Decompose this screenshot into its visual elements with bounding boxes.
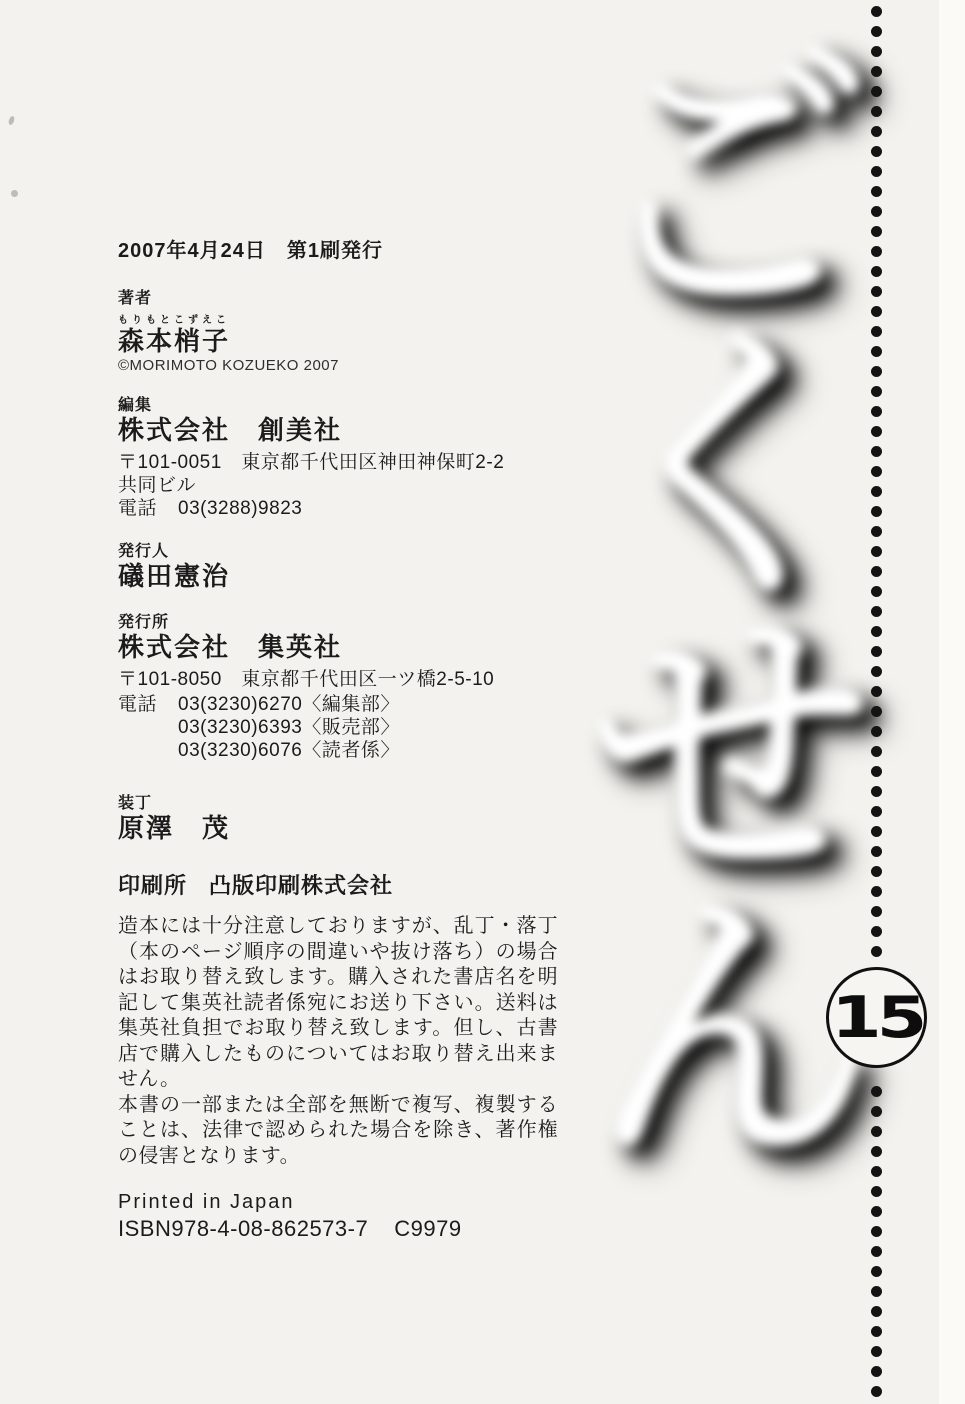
line-dot xyxy=(871,266,882,277)
phone-number: 03(3230)6393〈販売部〉 xyxy=(178,716,400,739)
editor-address: 〒101-0051 東京都千代田区神田神保町2-2 xyxy=(118,451,558,474)
line-dot xyxy=(871,1086,882,1097)
line-dot xyxy=(871,666,882,677)
publisher-address: 〒101-8050 東京都千代田区一ツ橋2-5-10 xyxy=(118,668,558,691)
publisher-phone-row: 03(3230)6076〈読者係〉 xyxy=(118,739,558,762)
line-dot xyxy=(871,106,882,117)
editor-section: 編集 株式会社 創美社 〒101-0051 東京都千代田区神田神保町2-2 共同… xyxy=(118,392,558,520)
publisher-phone-row: 電話 03(3230)6270〈編集部〉 xyxy=(118,693,558,716)
line-dot xyxy=(871,226,882,237)
dotted-line xyxy=(871,0,882,1404)
author-furigana: もりもとこずえこ xyxy=(118,311,558,326)
line-dot xyxy=(871,586,882,597)
line-dot xyxy=(871,926,882,937)
line-dot xyxy=(871,1246,882,1257)
line-dot xyxy=(871,806,882,817)
line-dot xyxy=(871,866,882,877)
phone-number: 03(3230)6270〈編集部〉 xyxy=(178,693,400,716)
line-dot xyxy=(871,366,882,377)
title-calligraphy-highlight: ごくせん xyxy=(540,26,870,1154)
author-name: 森本梢子 xyxy=(118,326,558,356)
line-dot xyxy=(871,826,882,837)
phone-number: 03(3230)6076〈読者係〉 xyxy=(178,739,400,762)
line-dot xyxy=(871,246,882,257)
page-edge xyxy=(939,0,965,1404)
phone-label: 電話 xyxy=(118,693,178,716)
line-dot xyxy=(871,6,882,17)
colophon-page: ごくせん ごくせん ごくせん 15 2007年4月24日 第1刷発行 著者 もり… xyxy=(0,0,965,1404)
line-dot xyxy=(871,706,882,717)
line-dot xyxy=(871,1326,882,1337)
design-label: 装丁 xyxy=(118,790,558,813)
line-dot xyxy=(871,766,882,777)
phone-number: 03(3288)9823 xyxy=(178,497,302,520)
line-dot xyxy=(871,206,882,217)
line-dot xyxy=(871,1366,882,1377)
line-dot xyxy=(871,1146,882,1157)
line-dot xyxy=(871,486,882,497)
publisher-person-name: 礒田憲治 xyxy=(118,561,558,591)
author-section: 著者 もりもとこずえこ 森本梢子 ©MORIMOTO KOZUEKO 2007 xyxy=(118,285,558,374)
title-calligraphy: ごくせん ごくせん ごくせん xyxy=(540,26,885,1276)
line-dot xyxy=(871,886,882,897)
colophon-text-block: 2007年4月24日 第1刷発行 著者 もりもとこずえこ 森本梢子 ©MORIM… xyxy=(118,234,558,1242)
line-dot xyxy=(871,906,882,917)
line-dot xyxy=(871,1286,882,1297)
publisher-person-section: 発行人 礒田憲治 xyxy=(118,538,558,591)
line-dot xyxy=(871,726,882,737)
line-dot xyxy=(871,566,882,577)
line-dot xyxy=(871,506,882,517)
line-dot xyxy=(871,1206,882,1217)
line-dot xyxy=(871,846,882,857)
c-code: C9979 xyxy=(394,1216,461,1241)
scan-speck xyxy=(8,115,16,125)
line-dot xyxy=(871,1306,882,1317)
line-dot xyxy=(871,446,882,457)
editor-building: 共同ビル xyxy=(118,474,558,497)
scan-speck xyxy=(11,190,18,197)
line-dot xyxy=(871,1226,882,1237)
line-dot xyxy=(871,146,882,157)
editor-phone: 電話 03(3288)9823 xyxy=(118,497,558,520)
line-dot xyxy=(871,746,882,757)
line-dot xyxy=(871,606,882,617)
line-dot xyxy=(871,626,882,637)
line-dot xyxy=(871,686,882,697)
line-dot xyxy=(871,86,882,97)
line-dot xyxy=(871,166,882,177)
line-dot xyxy=(871,26,882,37)
line-dot xyxy=(871,46,882,57)
line-dot xyxy=(871,1266,882,1277)
line-dot xyxy=(871,1126,882,1137)
design-section: 装丁 原澤 茂 xyxy=(118,790,558,843)
publisher-name: 株式会社 集英社 xyxy=(118,632,558,662)
line-dot xyxy=(871,786,882,797)
line-dot xyxy=(871,386,882,397)
publisher-phones: 電話 03(3230)6270〈編集部〉 03(3230)6393〈販売部〉 0… xyxy=(118,693,558,762)
line-dot xyxy=(871,1166,882,1177)
line-dot xyxy=(871,346,882,357)
publisher-section: 発行所 株式会社 集英社 〒101-8050 東京都千代田区一ツ橋2-5-10 … xyxy=(118,609,558,762)
line-dot xyxy=(871,326,882,337)
line-dot xyxy=(871,466,882,477)
editor-name: 株式会社 創美社 xyxy=(118,415,558,445)
replacement-notice: 造本には十分注意しておりますが、乱丁・落丁（本のページ順序の間違いや抜け落ち）の… xyxy=(118,914,558,1093)
publisher-person-label: 発行人 xyxy=(118,538,558,561)
printer-section: 印刷所凸版印刷株式会社 xyxy=(118,869,558,900)
line-dot xyxy=(871,286,882,297)
copyright-notice: 本書の一部または全部を無断で複写、複製することは、法律で認められた場合を除き、著… xyxy=(118,1093,558,1170)
line-dot xyxy=(871,1386,882,1397)
line-dot xyxy=(871,526,882,537)
line-dot xyxy=(871,186,882,197)
line-dot xyxy=(871,1346,882,1357)
footer-lines: Printed in Japan ISBN978-4-08-862573-7C9… xyxy=(118,1189,558,1242)
line-dot xyxy=(871,426,882,437)
printer-name: 凸版印刷株式会社 xyxy=(209,873,393,898)
print-date: 2007年4月24日 第1刷発行 xyxy=(118,234,558,263)
publisher-label: 発行所 xyxy=(118,609,558,632)
printed-in-japan: Printed in Japan xyxy=(118,1189,558,1215)
line-dot xyxy=(871,1106,882,1117)
line-dot xyxy=(871,66,882,77)
publisher-phone-row: 03(3230)6393〈販売部〉 xyxy=(118,716,558,739)
copyright-line: ©MORIMOTO KOZUEKO 2007 xyxy=(118,357,558,374)
line-dot xyxy=(871,1186,882,1197)
phone-label: 電話 xyxy=(118,497,178,520)
isbn-line: ISBN978-4-08-862573-7C9979 xyxy=(118,1215,558,1242)
printer-label: 印刷所 xyxy=(118,873,187,898)
line-dot xyxy=(871,546,882,557)
line-dot xyxy=(871,126,882,137)
isbn-code: ISBN978-4-08-862573-7 xyxy=(118,1216,368,1241)
volume-number: 15 xyxy=(831,985,922,1051)
line-dot xyxy=(871,406,882,417)
editor-label: 編集 xyxy=(118,392,558,415)
line-dot xyxy=(871,946,882,957)
line-dot xyxy=(871,646,882,657)
author-label: 著者 xyxy=(118,285,558,308)
volume-badge: 15 xyxy=(826,967,927,1068)
designer-name: 原澤 茂 xyxy=(118,813,558,843)
line-dot xyxy=(871,306,882,317)
